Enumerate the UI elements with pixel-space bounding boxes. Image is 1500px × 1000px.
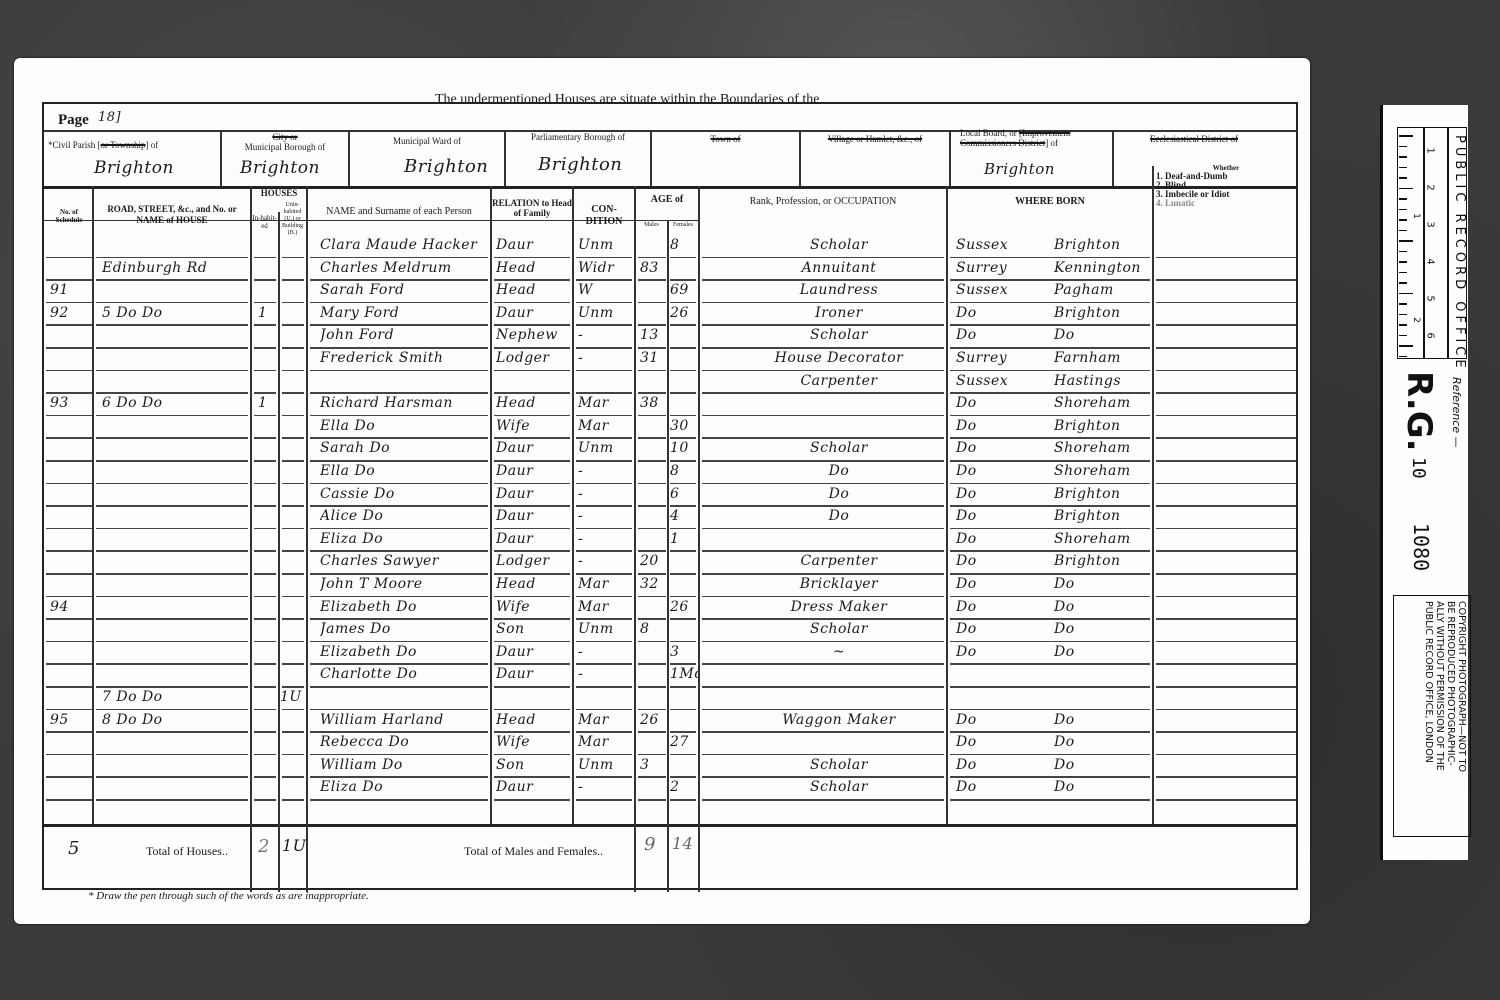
jurisdiction-civil-parish-label: *Civil Parish [or Township] of [48,140,218,150]
cell-born-county: Do [956,327,1026,343]
cell-condition: Mar [578,418,634,434]
cell-uninhabited: 1U [280,689,306,705]
table-row: 958 Do DoWilliam HarlandHeadMar26Waggon … [44,711,1300,734]
cell-born-county: Do [956,486,1026,502]
cell-condition: - [578,508,634,524]
reference-folio: 1080 [1409,523,1433,571]
cell-male-age: 20 [640,553,666,569]
cell-road: 7 Do Do [102,689,248,705]
cell-name: Mary Ford [320,305,490,321]
col-header-houses: HOUSES [252,188,306,198]
cell-occupation: Laundress [734,282,944,298]
cell-relation: Head [496,260,572,276]
cell-schedule: 91 [50,282,90,298]
cell-relation: Daur [496,440,572,456]
total-inhabited: 2 [258,836,270,857]
table-row: Sarah DoDaurUnm10ScholarDoShoreham [44,439,1300,462]
jurisdiction-ward-value: Brighton [404,156,488,177]
cell-name: Ella Do [320,463,490,479]
cell-relation: Daur [496,779,572,795]
cell-occupation: Scholar [734,327,944,343]
total-schedules: 5 [68,838,80,859]
jurisdiction-municipal-borough-label: City orMunicipal Borough of [222,132,348,152]
table-row: Charles SawyerLodger-20CarpenterDoBright… [44,552,1300,575]
col-header-occupation: Rank, Profession, or OCCUPATION [700,196,946,207]
cell-female-age: 6 [670,486,698,502]
cell-condition: Unm [578,440,634,456]
cell-name: Elizabeth Do [320,644,490,660]
cell-relation: Lodger [496,553,572,569]
table-row: John FordNephew-13ScholarDoDo [44,326,1300,349]
cell-born-county: Do [956,599,1026,615]
cell-male-age: 26 [640,712,666,728]
total-females: 14 [672,834,693,853]
cell-name: Frederick Smith [320,350,490,366]
jurisdiction-village-label: Village or Hamlet, &c., of [801,134,949,144]
col-header-where-born: WHERE BORN [948,196,1152,207]
cell-female-age: 30 [670,418,698,434]
cell-road: 6 Do Do [102,395,248,411]
cell-born-county: Do [956,531,1026,547]
cell-born-county: Do [956,463,1026,479]
cell-condition: W [578,282,634,298]
cell-name: Sarah Ford [320,282,490,298]
cell-female-age: 4 [670,508,698,524]
cell-female-age: 10 [670,440,698,456]
cell-female-age: 69 [670,282,698,298]
cell-born-place: Shoreham [1054,531,1150,547]
jurisdiction-parliamentary-label: Parliamentary Borough of [506,132,650,142]
cell-occupation: ~ [734,644,944,660]
census-form: *Civil Parish [or Township] of Brighton … [42,102,1298,890]
col-header-infirmity: Whether 1. Deaf-and-Dumb 2. Blind 3. Imb… [1156,164,1296,208]
col-header-uninhabited: Unin-habited (U.) or Building (B.) [279,202,306,237]
ruler-inch-label: 1 [1411,213,1421,219]
cell-road: Edinburgh Rd [102,260,248,276]
cell-occupation: Dress Maker [734,599,944,615]
cell-born-place: Pagham [1054,282,1150,298]
cell-inhabited: 1 [258,395,276,411]
cell-born-place: Do [1054,576,1150,592]
cell-name: Charles Meldrum [320,260,490,276]
cell-female-age: 8 [670,463,698,479]
cell-relation: Head [496,576,572,592]
cell-name: William Do [320,757,490,773]
cell-born-place: Do [1054,621,1150,637]
cell-condition: Mar [578,395,634,411]
cell-condition: - [578,486,634,502]
cell-male-age: 8 [640,621,666,637]
cell-occupation: Annuitant [734,260,944,276]
cell-schedule: 95 [50,712,90,728]
cell-name: Alice Do [320,508,490,524]
cell-relation: Wife [496,734,572,750]
copyright-notice: COPYRIGHT PHOTOGRAPH—NOT TO BE REPRODUCE… [1423,601,1467,772]
cell-schedule: 93 [50,395,90,411]
ruler-cm-label: 5 [1425,295,1436,301]
cell-condition: Unm [578,237,634,253]
cell-born-place: Shoreham [1054,440,1150,456]
cell-born-county: Do [956,621,1026,637]
cell-condition: Mar [578,599,634,615]
table-row: Clara Maude HackerDaurUnm8ScholarSussexB… [44,236,1300,259]
cell-relation: Son [496,621,572,637]
cell-relation: Head [496,712,572,728]
ruler-cm-label: 4 [1425,258,1436,264]
cell-born-county: Do [956,734,1026,750]
jurisdiction-ward-label: Municipal Ward of [350,136,504,146]
ruler-cm-label: 6 [1425,332,1436,338]
cell-born-county: Do [956,418,1026,434]
table-row: Eliza DoDaur-1DoShoreham [44,530,1300,553]
reference-label: Reference — [1450,377,1463,448]
cell-relation: Daur [496,666,572,682]
cell-male-age: 13 [640,327,666,343]
cell-born-place: Do [1054,644,1150,660]
cell-born-place: Do [1054,734,1150,750]
cell-name: Charlotte Do [320,666,490,682]
cell-condition: - [578,666,634,682]
cell-relation: Head [496,282,572,298]
cell-male-age: 83 [640,260,666,276]
cell-name: Cassie Do [320,486,490,502]
total-houses-label: Total of Houses.. [146,844,228,859]
table-row: Ella DoWifeMar30DoBrighton [44,417,1300,440]
cell-born-place: Do [1054,712,1150,728]
cell-relation: Daur [496,463,572,479]
cell-condition: - [578,463,634,479]
cell-occupation: Scholar [734,621,944,637]
cell-born-county: Do [956,553,1026,569]
reference-piece: 10 [1408,457,1429,479]
cell-born-county: Do [956,779,1026,795]
table-row: 94Elizabeth DoWifeMar26Dress MakerDoDo [44,598,1300,621]
cell-relation: Daur [496,305,572,321]
cell-name: Ella Do [320,418,490,434]
cell-born-place: Kennington [1054,260,1150,276]
cell-born-county: Surrey [956,260,1026,276]
cell-born-county: Do [956,576,1026,592]
reference-series: R.G. [1399,371,1439,452]
cell-relation: Daur [496,237,572,253]
ruler-cm-label: 1 [1425,147,1436,153]
cell-name: Clara Maude Hacker [320,237,490,253]
cell-born-place: Do [1054,779,1150,795]
jurisdiction-municipal-borough-value: Brighton [240,158,320,178]
record-office-strip: PUBLIC RECORD OFFICE 12345612 Reference … [1380,105,1468,860]
cell-name: John Ford [320,327,490,343]
table-row: William DoSonUnm3ScholarDoDo [44,756,1300,779]
table-row: 7 Do Do1U [44,688,1300,711]
jurisdiction-local-board-value: Brighton [984,160,1055,178]
cell-occupation: Scholar [734,440,944,456]
cell-road: 5 Do Do [102,305,248,321]
col-header-females: Females [668,222,698,228]
cell-male-age: 31 [640,350,666,366]
table-row: Frederick SmithLodger-31House DecoratorS… [44,349,1300,372]
cell-born-county: Do [956,757,1026,773]
cell-female-age: 27 [670,734,698,750]
cell-relation: Son [496,757,572,773]
cell-relation: Daur [496,531,572,547]
cell-male-age: 3 [640,757,666,773]
cell-occupation: Bricklayer [734,576,944,592]
col-header-condition: CON-DITION [574,204,634,228]
table-row: Ella DoDaur-8DoDoShoreham [44,462,1300,485]
cell-born-place: Do [1054,327,1150,343]
cell-schedule: 92 [50,305,90,321]
table-row: Eliza DoDaur-2ScholarDoDo [44,778,1300,801]
table-row: John T MooreHeadMar32BricklayerDoDo [44,575,1300,598]
cell-born-county: Surrey [956,350,1026,366]
table-row: Alice DoDaur-4DoDoBrighton [44,507,1300,530]
cell-relation: Wife [496,418,572,434]
cell-relation: Wife [496,599,572,615]
cell-relation: Daur [496,508,572,524]
cell-born-county: Do [956,440,1026,456]
cell-born-place: Brighton [1054,237,1150,253]
cell-born-place: Shoreham [1054,463,1150,479]
cell-occupation: Carpenter [734,373,944,389]
col-header-inhabited: In-habit-ed [251,214,278,230]
ruler-cm-label: 3 [1425,221,1436,227]
cell-condition: Unm [578,305,634,321]
table-row: James DoSonUnm8ScholarDoDo [44,620,1300,643]
cell-born-county: Sussex [956,282,1026,298]
cell-born-place: Hastings [1054,373,1150,389]
cell-condition: Mar [578,712,634,728]
cell-name: William Harland [320,712,490,728]
cell-inhabited: 1 [258,305,276,321]
jurisdiction-civil-parish-value: Brighton [94,158,174,178]
cell-condition: Unm [578,621,634,637]
col-header-males: Males [636,222,667,228]
jurisdiction-local-board-label: Local Board, or [Improvement Commissione… [960,128,1110,148]
cell-female-age: 26 [670,599,698,615]
cell-occupation: Carpenter [734,553,944,569]
cell-male-age: 38 [640,395,666,411]
cell-occupation: Waggon Maker [734,712,944,728]
cell-female-age: 8 [670,237,698,253]
total-males: 9 [644,834,656,855]
cell-female-age: 26 [670,305,698,321]
col-header-schedule: No. of Schedule [46,208,92,224]
jurisdiction-ecclesiastical-label: Ecclesiastical District of [1114,134,1274,144]
footnote: * Draw the pen through such of the words… [88,890,369,902]
cell-relation: Daur [496,644,572,660]
cell-born-place: Shoreham [1054,395,1150,411]
cell-occupation: Scholar [734,779,944,795]
cell-born-place: Farnham [1054,350,1150,366]
cell-female-age: 1Mo [670,666,698,682]
cell-name: John T Moore [320,576,490,592]
cell-born-county: Sussex [956,373,1026,389]
cell-born-place: Brighton [1054,508,1150,524]
table-row: 936 Do Do1Richard HarsmanHeadMar38DoShor… [44,394,1300,417]
col-header-road: ROAD, STREET, &c., and No. or NAME of HO… [94,204,250,226]
col-header-relation: RELATION to Head of Family [492,198,572,218]
cell-name: Elizabeth Do [320,599,490,615]
cell-occupation: Do [734,463,944,479]
table-row: Charlotte DoDaur-1Mo [44,665,1300,688]
cell-condition: - [578,779,634,795]
cell-name: James Do [320,621,490,637]
cell-occupation: Scholar [734,757,944,773]
cell-condition: - [578,350,634,366]
cell-born-place: Brighton [1054,486,1150,502]
cell-born-county: Do [956,305,1026,321]
cell-condition: - [578,644,634,660]
cell-name: Rebecca Do [320,734,490,750]
cell-male-age: 32 [640,576,666,592]
cell-born-county: Do [956,508,1026,524]
ruler-inch-label: 2 [1411,317,1421,323]
cell-condition: Unm [578,757,634,773]
total-persons-label: Total of Males and Females.. [464,844,603,859]
table-row: 925 Do Do1Mary FordDaurUnm26IronerDoBrig… [44,304,1300,327]
cell-name: Sarah Do [320,440,490,456]
cell-born-place: Do [1054,757,1150,773]
cell-born-place: Brighton [1054,418,1150,434]
cell-relation: Lodger [496,350,572,366]
cell-occupation: Do [734,486,944,502]
cell-occupation: Do [734,508,944,524]
cell-female-age: 1 [670,531,698,547]
cell-name: Eliza Do [320,531,490,547]
table-row: CarpenterSussexHastings [44,372,1300,395]
record-office-title: PUBLIC RECORD OFFICE [1452,135,1467,372]
cell-female-age: 3 [670,644,698,660]
cell-occupation: Ironer [734,305,944,321]
cell-name: Richard Harsman [320,395,490,411]
cell-born-county: Sussex [956,237,1026,253]
col-header-name: NAME and Surname of each Person [308,206,490,218]
table-row: 91Sarah FordHeadW69LaundressSussexPagham [44,281,1300,304]
table-row: Cassie DoDaur-6DoDoBrighton [44,485,1300,508]
cell-relation: Nephew [496,327,572,343]
cell-born-county: Do [956,712,1026,728]
cell-born-place: Brighton [1054,553,1150,569]
table-row: Elizabeth DoDaur-3~DoDo [44,643,1300,666]
cell-schedule: 94 [50,599,90,615]
table-row: Rebecca DoWifeMar27DoDo [44,733,1300,756]
cell-born-place: Do [1054,599,1150,615]
col-header-age: AGE of [636,194,698,205]
jurisdiction-parliamentary-value: Brighton [538,154,622,175]
cell-road: 8 Do Do [102,712,248,728]
cell-condition: Mar [578,734,634,750]
cell-born-place: Brighton [1054,305,1150,321]
jurisdiction-town-label: Town of [652,134,799,144]
cell-name: Eliza Do [320,779,490,795]
total-uninhabited: 1U [282,836,307,855]
cell-condition: - [578,531,634,547]
cell-born-county: Do [956,644,1026,660]
cell-condition: - [578,327,634,343]
cell-born-county: Do [956,395,1026,411]
cell-relation: Daur [496,486,572,502]
cell-female-age: 2 [670,779,698,795]
table-row: Edinburgh RdCharles MeldrumHeadWidr83Ann… [44,259,1300,282]
cell-condition: Widr [578,260,634,276]
ruler-cm-label: 2 [1425,184,1436,190]
cell-condition: Mar [578,576,634,592]
cell-occupation: Scholar [734,237,944,253]
cell-occupation: House Decorator [734,350,944,366]
cell-relation: Head [496,395,572,411]
cell-name: Charles Sawyer [320,553,490,569]
cell-condition: - [578,553,634,569]
